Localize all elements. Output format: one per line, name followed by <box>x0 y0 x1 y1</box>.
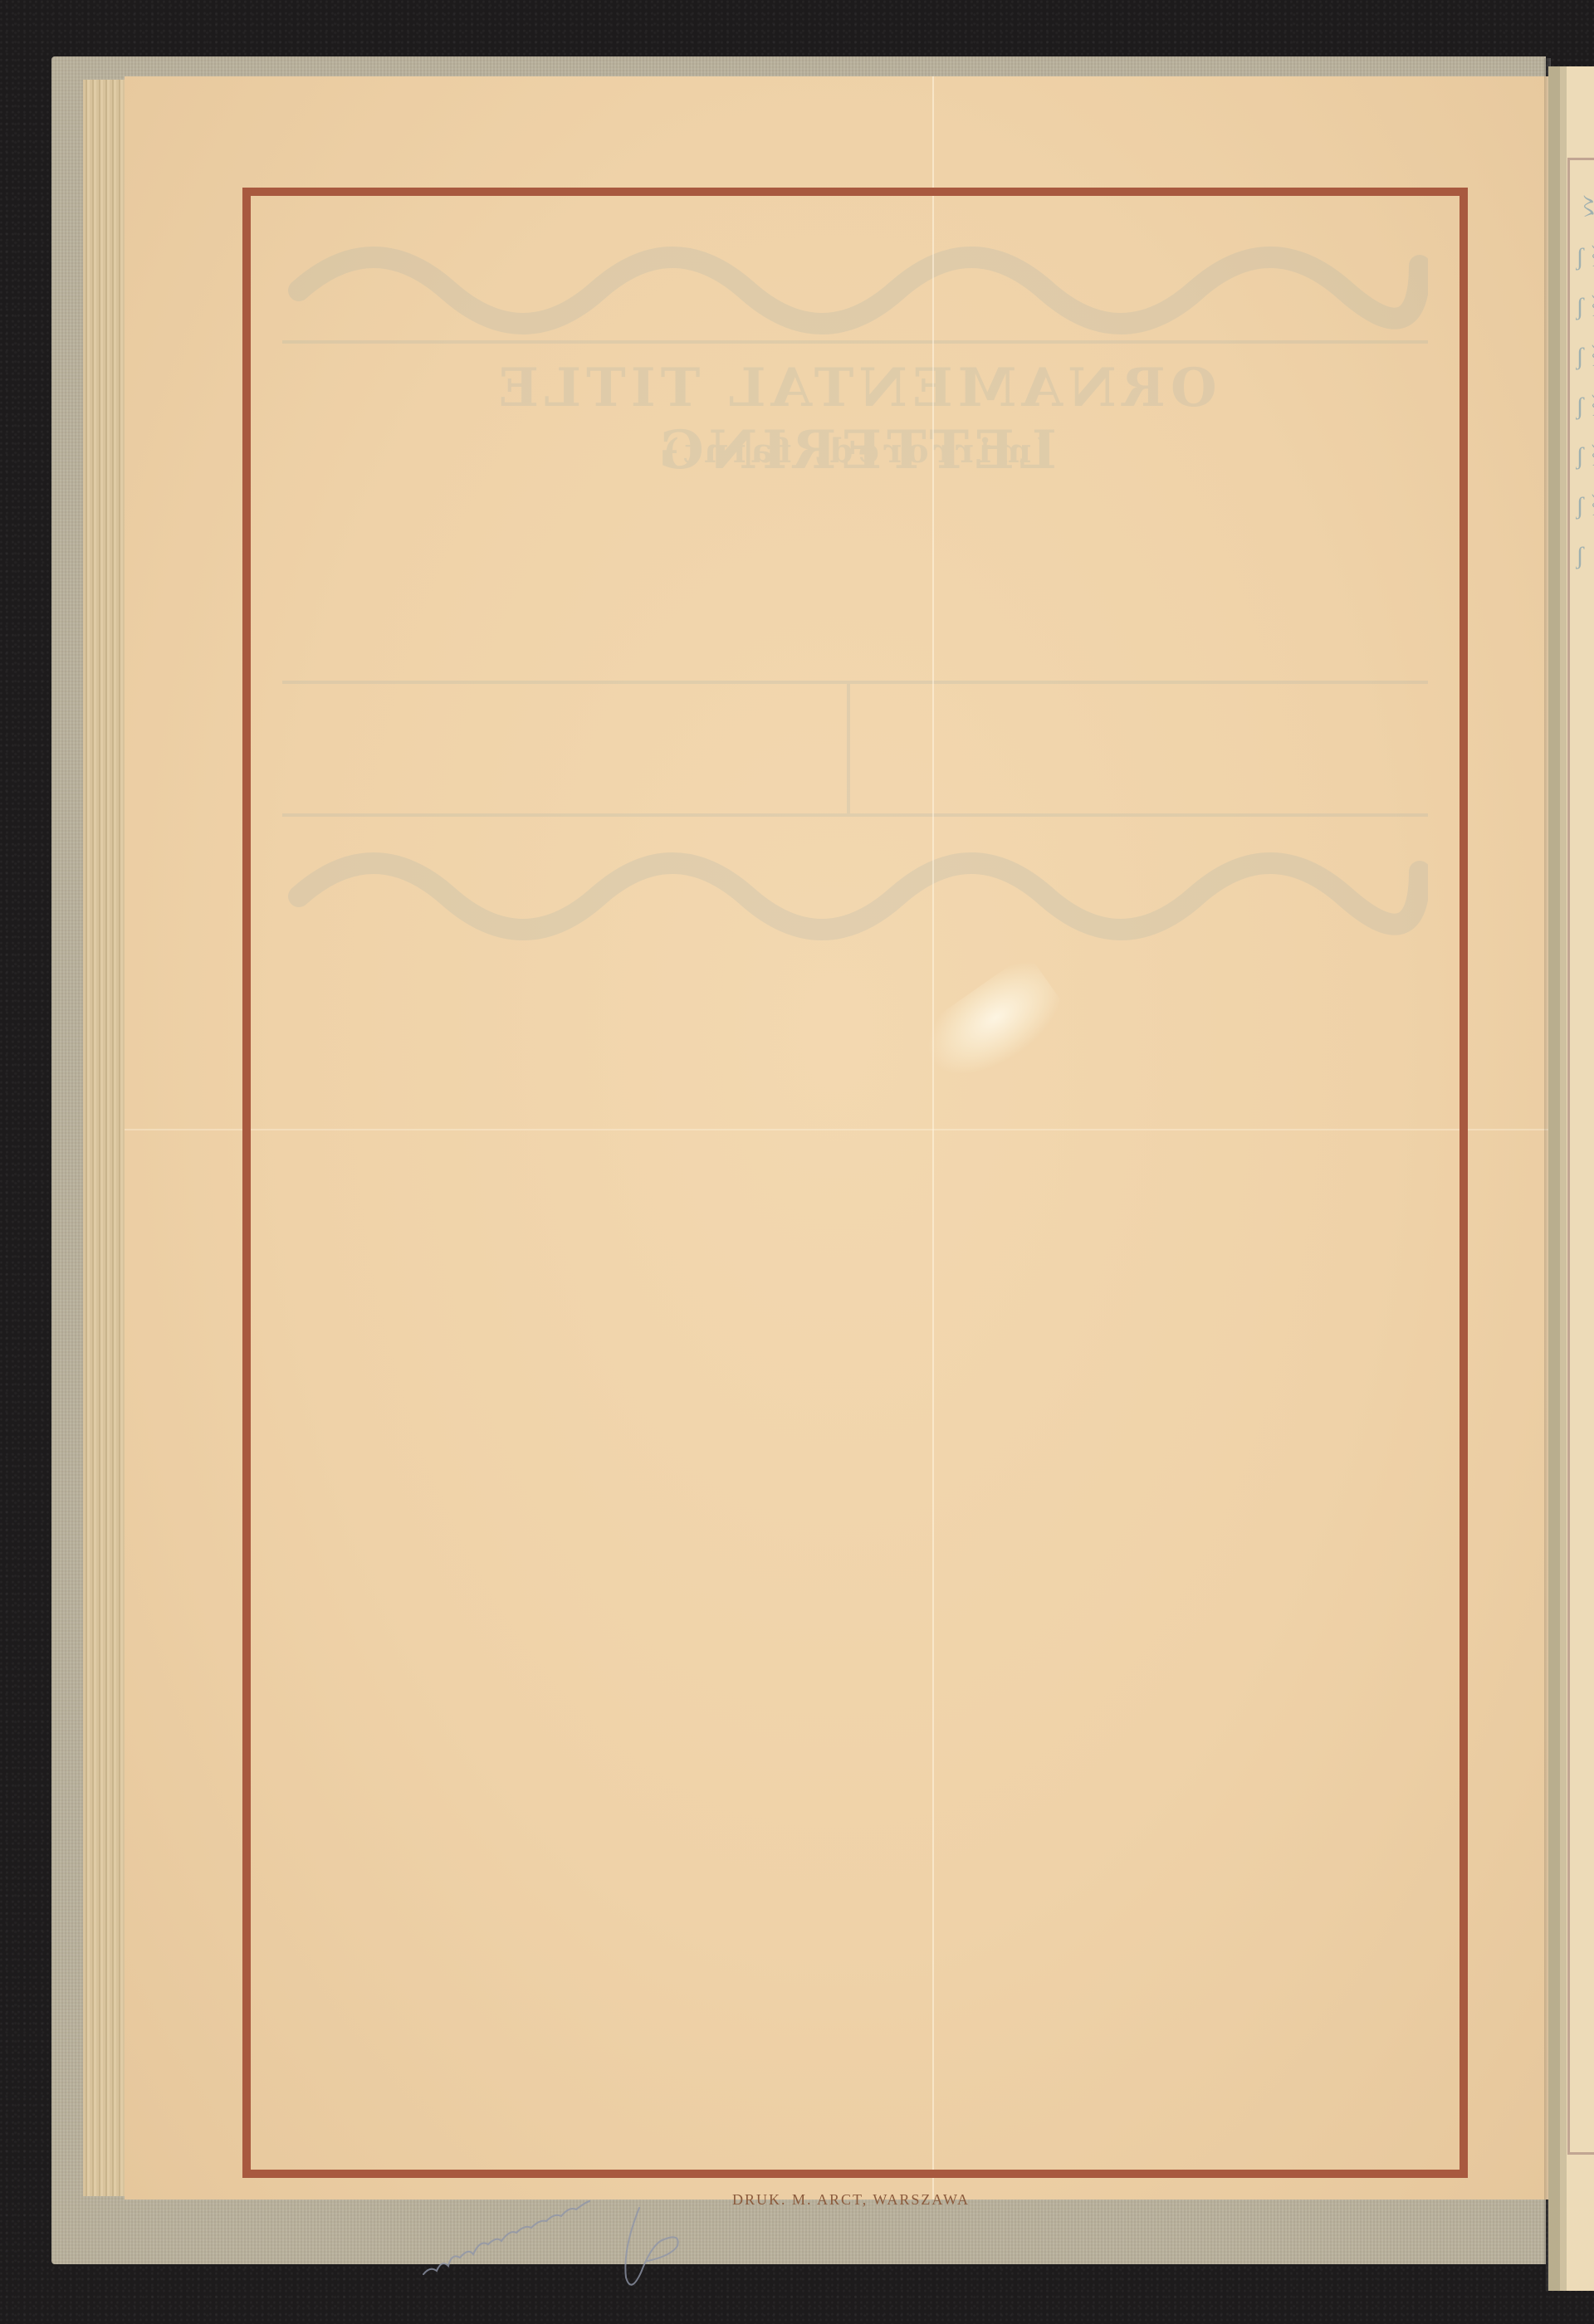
facing-page-ornament: 〻ʃ〻ʃ〻ʃ〻ʃ〻ʃ〻ʃ〻ʃ <box>1576 183 1594 1096</box>
printer-imprint: DRUK. M. ARCT, WARSZAWA <box>0 2191 1594 2209</box>
pencil-scribble-icon <box>415 2183 714 2291</box>
decorative-page-border <box>242 188 1468 2178</box>
